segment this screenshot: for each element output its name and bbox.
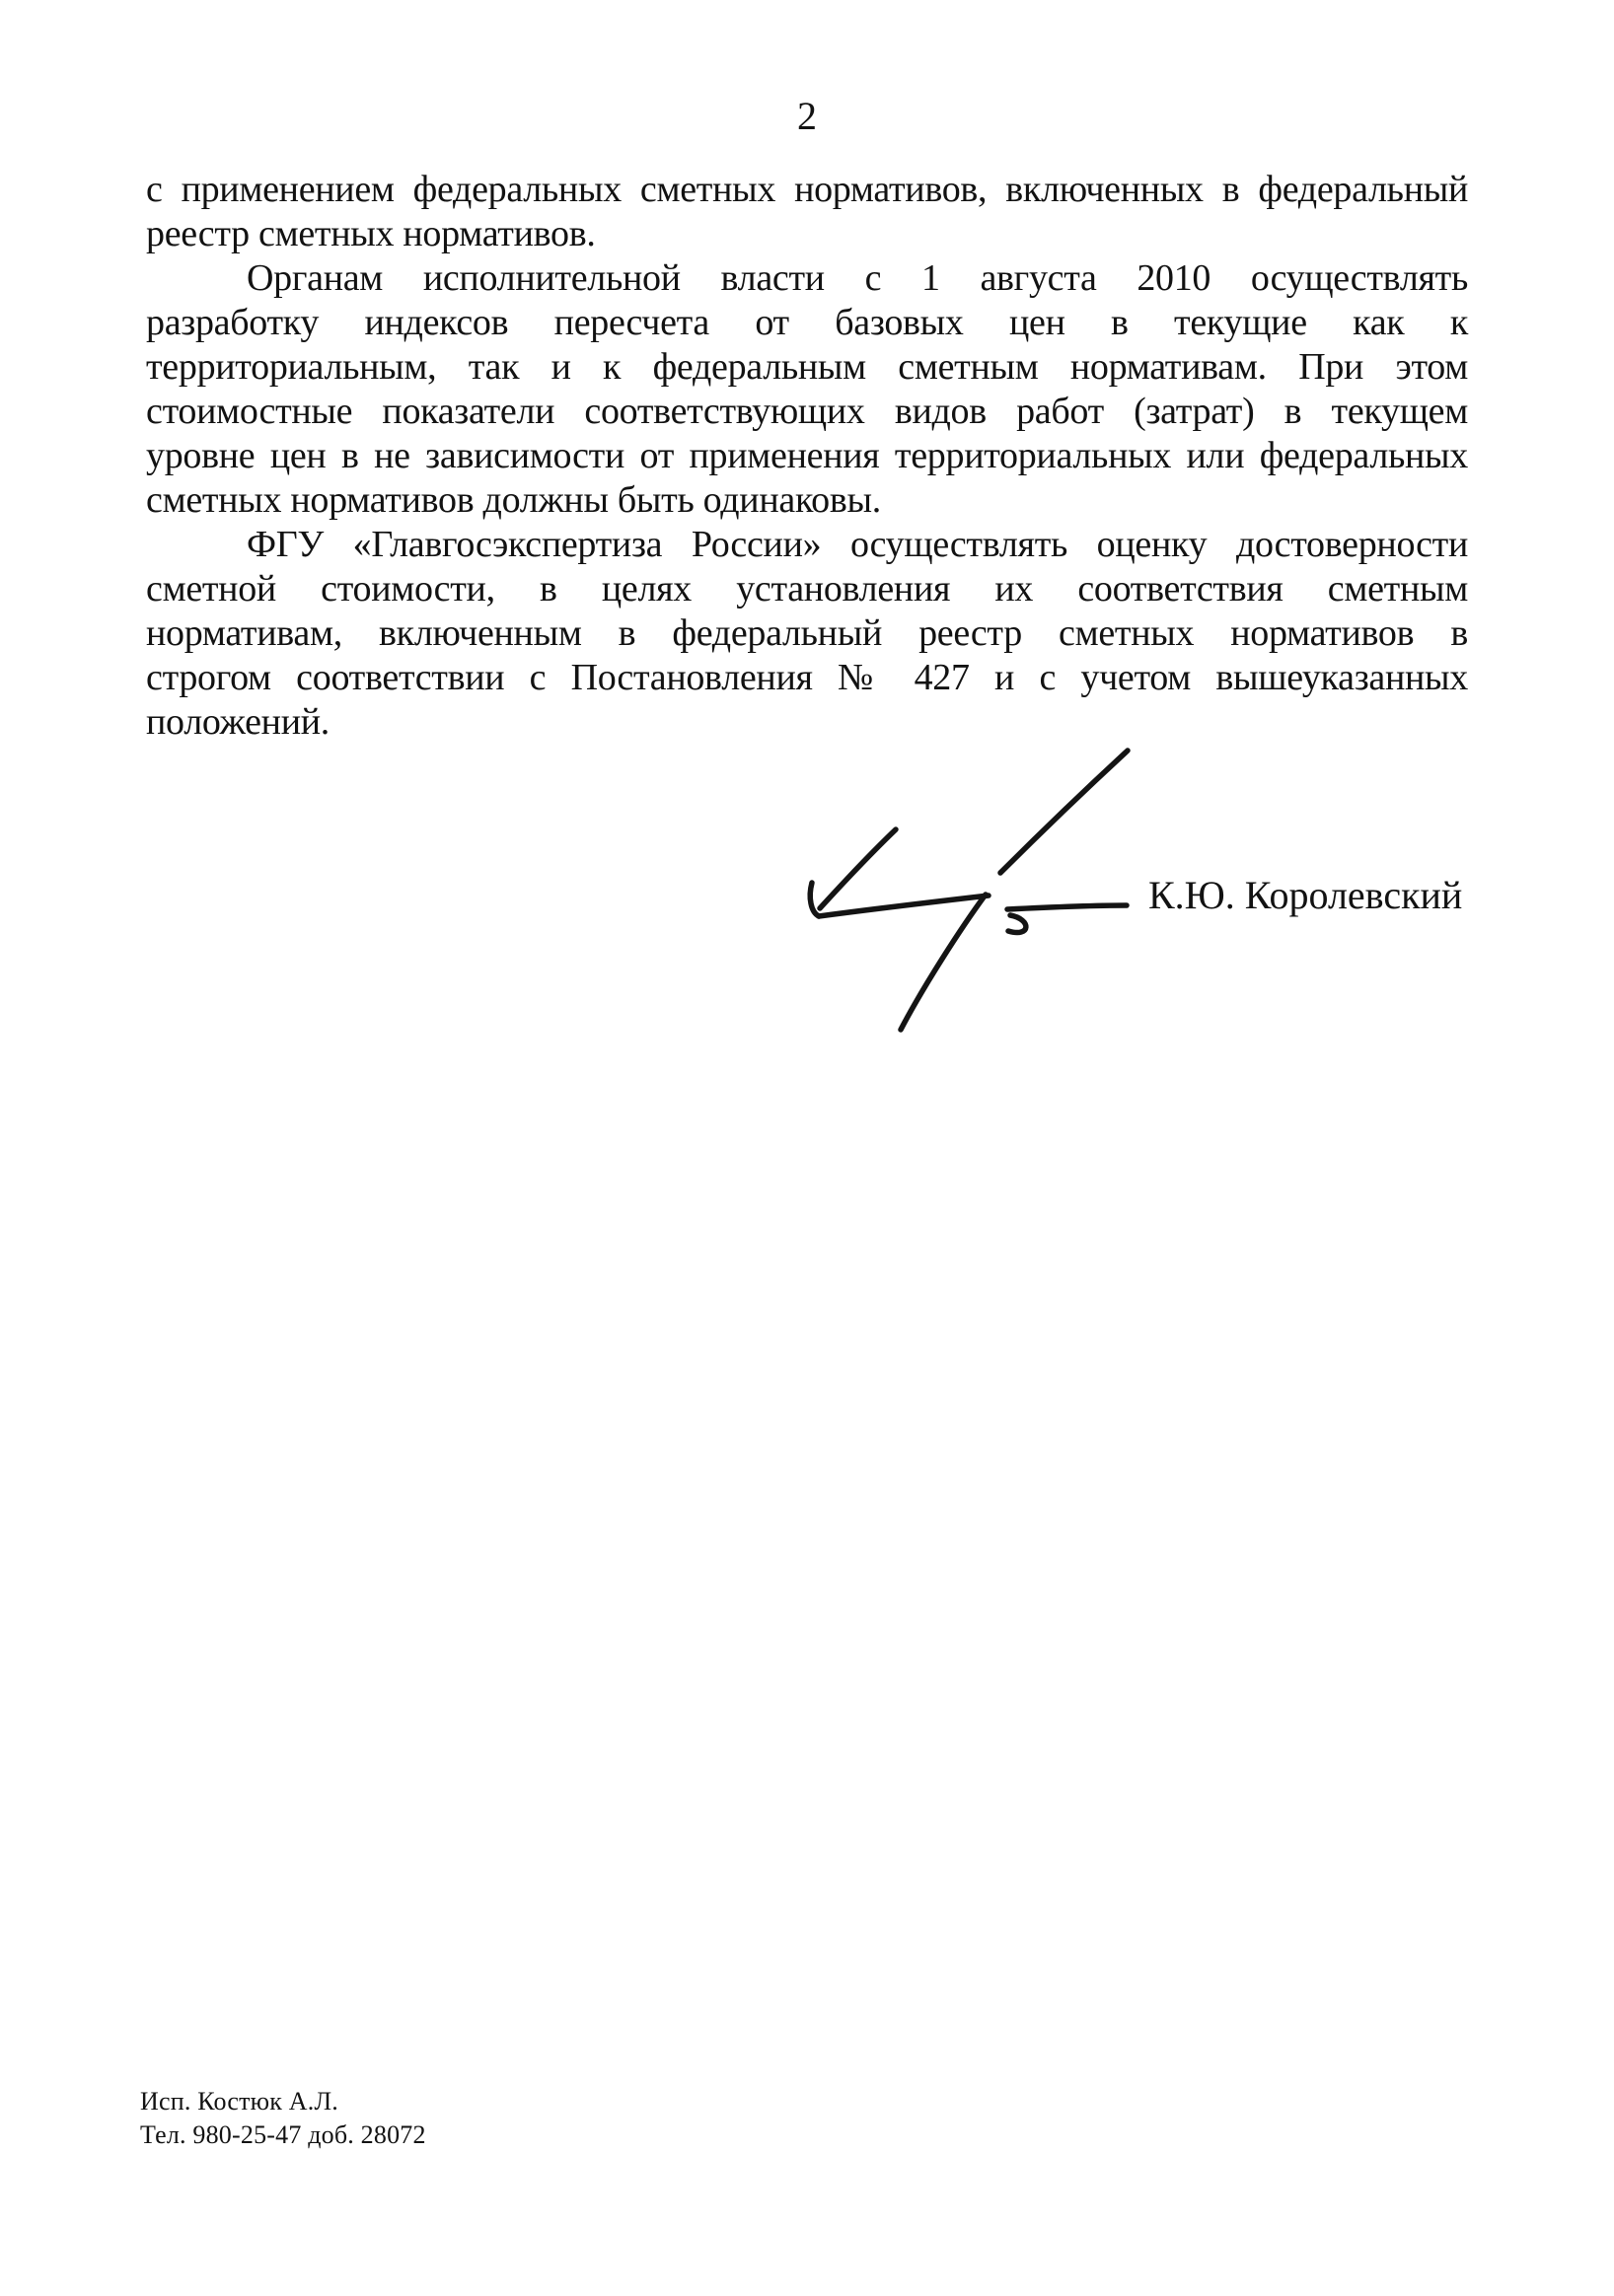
phone-line: Тел. 980-25-47 доб. 28072 xyxy=(140,2118,426,2152)
footer-block: Исп. Костюк А.Л. Тел. 980-25-47 доб. 280… xyxy=(140,2085,426,2152)
signature-stroke xyxy=(1008,915,1026,933)
handwritten-signature xyxy=(0,0,1614,2296)
signatory-name: К.Ю. Королевский xyxy=(1148,873,1462,917)
signature-stroke xyxy=(810,883,819,916)
signature-stroke xyxy=(1007,905,1127,909)
document-page: 2 с применением федеральных сметных норм… xyxy=(0,0,1614,2296)
signature-stroke xyxy=(1000,751,1128,873)
signature-stroke xyxy=(820,829,896,908)
signature-stroke xyxy=(901,895,986,1030)
signature-stroke xyxy=(819,896,989,916)
executor-line: Исп. Костюк А.Л. xyxy=(140,2085,426,2118)
